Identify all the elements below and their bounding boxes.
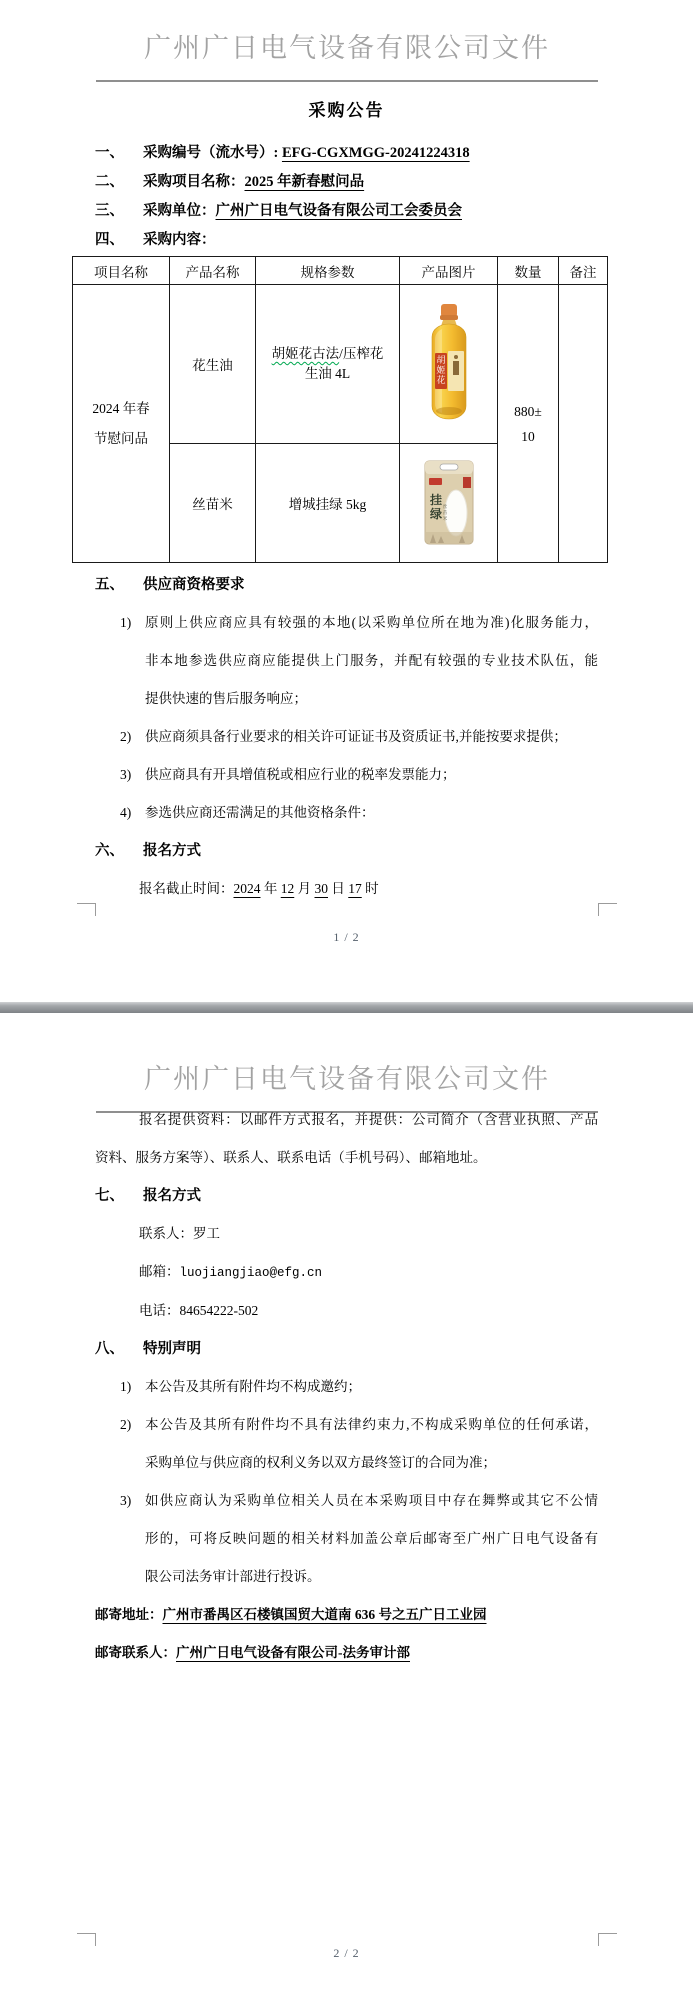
svg-text:姬: 姬 — [436, 364, 445, 375]
mailing-contact-value: 广州广日电气设备有限公司-法务审计部 — [176, 1645, 410, 1660]
procurement-table: 项目名称 产品名称 规格参数 产品图片 数量 备注 2024 年春 节慰问品 花… — [72, 256, 608, 563]
item-label: 采购编号（流水号）: — [143, 145, 282, 161]
spellcheck-marked-text: 胡姬花古法 — [272, 346, 340, 361]
registration-materials-line-2: 资料、服务方案等）、联系人、联系电话（手机号码）、邮箱地址。 — [95, 1139, 598, 1177]
page-1: 广州广日电气设备有限公司文件 采购公告 一、采购编号（流水号）: EFG-CGX… — [0, 0, 693, 1002]
contact-person: 联系人：罗工 — [95, 1215, 598, 1253]
mailing-contact: 邮寄联系人：广州广日电气设备有限公司-法务审计部 — [95, 1634, 598, 1672]
section-5-heading: 五、供应商资格要求 — [95, 566, 598, 604]
meta-item-project-name: 二、采购项目名称：2025 年新春慰问品 — [95, 168, 470, 197]
section-7-heading: 七、报名方式 — [95, 1177, 598, 1215]
rice-bag-image: 挂 绿 丝 苗 米 — [423, 456, 475, 550]
image-cell-rice: 挂 绿 丝 苗 米 — [400, 444, 498, 563]
svg-text:绿: 绿 — [429, 506, 441, 521]
section-8-heading: 八、特别声明 — [95, 1330, 598, 1368]
svg-text:丝: 丝 — [442, 503, 447, 509]
text-boundary-mark-right — [598, 903, 617, 916]
supplier-requirement-4: 4) 参选供应商还需满足的其他资格条件： — [95, 794, 598, 832]
page1-body: 五、供应商资格要求 1) 原则上供应商应具有较强的本地(以采购单位所在地为准)化… — [95, 566, 598, 908]
item-label: 采购内容： — [143, 232, 216, 248]
meta-item-content: 四、采购内容： — [95, 226, 470, 255]
item-number: 二、 — [95, 168, 143, 197]
deadline-year: 2024 — [234, 881, 261, 896]
page2-body: 报名提供资料：以邮件方式报名，并提供：公司简介（含营业执照、产品 资料、服务方案… — [95, 1101, 598, 1672]
item-label: 采购项目名称： — [143, 174, 245, 190]
statement-3: 3) 如供应商认为采购单位相关人员在本采购项目中存在舞弊或其它不公情 形的，可将… — [95, 1482, 598, 1596]
email-address: luojiangjiao@efg.cn — [180, 1266, 323, 1280]
peanut-oil-bottle-image: 胡 姬 花 — [420, 303, 478, 425]
document-title: 采购公告 — [0, 96, 693, 121]
document-preview: 广州广日电气设备有限公司文件 采购公告 一、采购编号（流水号）: EFG-CGX… — [0, 0, 693, 2003]
item-label: 采购单位： — [143, 203, 216, 219]
svg-text:花: 花 — [436, 374, 445, 385]
page-number: 1 / 2 — [0, 930, 693, 945]
column-header: 规格参数 — [256, 257, 400, 285]
image-cell-peanut-oil: 胡 姬 花 — [400, 285, 498, 444]
item-number: 四、 — [95, 226, 143, 255]
deadline-hour: 17 — [348, 881, 362, 896]
meta-item-procurement-number: 一、采购编号（流水号）: EFG-CGXMGG-20241224318 — [95, 139, 470, 168]
spec-cell-rice: 增城挂绿 5kg — [256, 444, 400, 563]
purchaser-value: 广州广日电气设备有限公司工会委员会 — [216, 203, 463, 219]
meta-item-purchaser: 三、采购单位：广州广日电气设备有限公司工会委员会 — [95, 197, 470, 226]
text-boundary-mark-left — [77, 1933, 96, 1946]
phone-number: 84654222-502 — [180, 1303, 259, 1318]
column-header: 产品图片 — [400, 257, 498, 285]
spec-cell-peanut-oil: 胡姬花古法/压榨花 生油 4L — [256, 285, 400, 444]
supplier-requirement-3: 3) 供应商具有开具增值税或相应行业的税率发票能力； — [95, 756, 598, 794]
column-header: 项目名称 — [73, 257, 170, 285]
meta-list: 一、采购编号（流水号）: EFG-CGXMGG-20241224318 二、采购… — [95, 139, 470, 255]
remark-cell — [559, 285, 608, 563]
registration-materials-line-1: 报名提供资料：以邮件方式报名，并提供：公司简介（含营业执照、产品 — [95, 1101, 598, 1139]
procurement-number-value: EFG-CGXMGG-20241224318 — [282, 145, 470, 161]
company-letterhead: 广州广日电气设备有限公司文件 — [96, 26, 598, 82]
svg-text:挂: 挂 — [428, 492, 441, 507]
contact-phone: 电话：84654222-502 — [95, 1292, 598, 1330]
page-2: 广州广日电气设备有限公司文件 报名提供资料：以邮件方式报名，并提供：公司简介（含… — [0, 1013, 693, 2003]
page-number: 2 / 2 — [0, 1946, 693, 1961]
deadline-day: 30 — [315, 881, 329, 896]
text-boundary-mark-right — [598, 1933, 617, 1946]
contact-email: 邮箱：luojiangjiao@efg.cn — [95, 1253, 598, 1292]
project-name-value: 2025 年新春慰问品 — [245, 174, 365, 190]
project-name-cell: 2024 年春 节慰问品 — [73, 285, 170, 563]
supplier-requirement-2: 2) 供应商须具备行业要求的相关许可证证书及资质证书,并能按要求提供； — [95, 718, 598, 756]
item-number: 一、 — [95, 139, 143, 168]
item-number: 三、 — [95, 197, 143, 226]
mailing-address-value: 广州市番禺区石楼镇国贸大道南 636 号之五广日工业园 — [163, 1607, 487, 1622]
svg-text:胡: 胡 — [436, 354, 445, 365]
product-cell-rice: 丝苗米 — [170, 444, 256, 563]
column-header: 产品名称 — [170, 257, 256, 285]
registration-deadline: 报名截止时间：2024 年 12 月 30 日 17 时 — [95, 870, 598, 908]
product-cell-peanut-oil: 花生油 — [170, 285, 256, 444]
statement-1: 1) 本公告及其所有附件均不构成邀约； — [95, 1368, 598, 1406]
page-separator — [0, 1002, 693, 1013]
deadline-month: 12 — [281, 881, 295, 896]
svg-text:米: 米 — [442, 515, 447, 522]
supplier-requirement-1: 1) 原则上供应商应具有较强的本地(以采购单位所在地为准)化服务能力， 非本地参… — [95, 604, 598, 718]
column-header: 备注 — [559, 257, 608, 285]
svg-text:苗: 苗 — [442, 509, 447, 516]
mailing-address: 邮寄地址：广州市番禺区石楼镇国贸大道南 636 号之五广日工业园 — [95, 1596, 598, 1634]
section-6-heading: 六、报名方式 — [95, 832, 598, 870]
text-boundary-mark-left — [77, 903, 96, 916]
column-header: 数量 — [498, 257, 559, 285]
quantity-cell: 880± 10 — [498, 285, 559, 563]
statement-2: 2) 本公告及其所有附件均不具有法律约束力,不构成采购单位的任何承诺， 采购单位… — [95, 1406, 598, 1482]
